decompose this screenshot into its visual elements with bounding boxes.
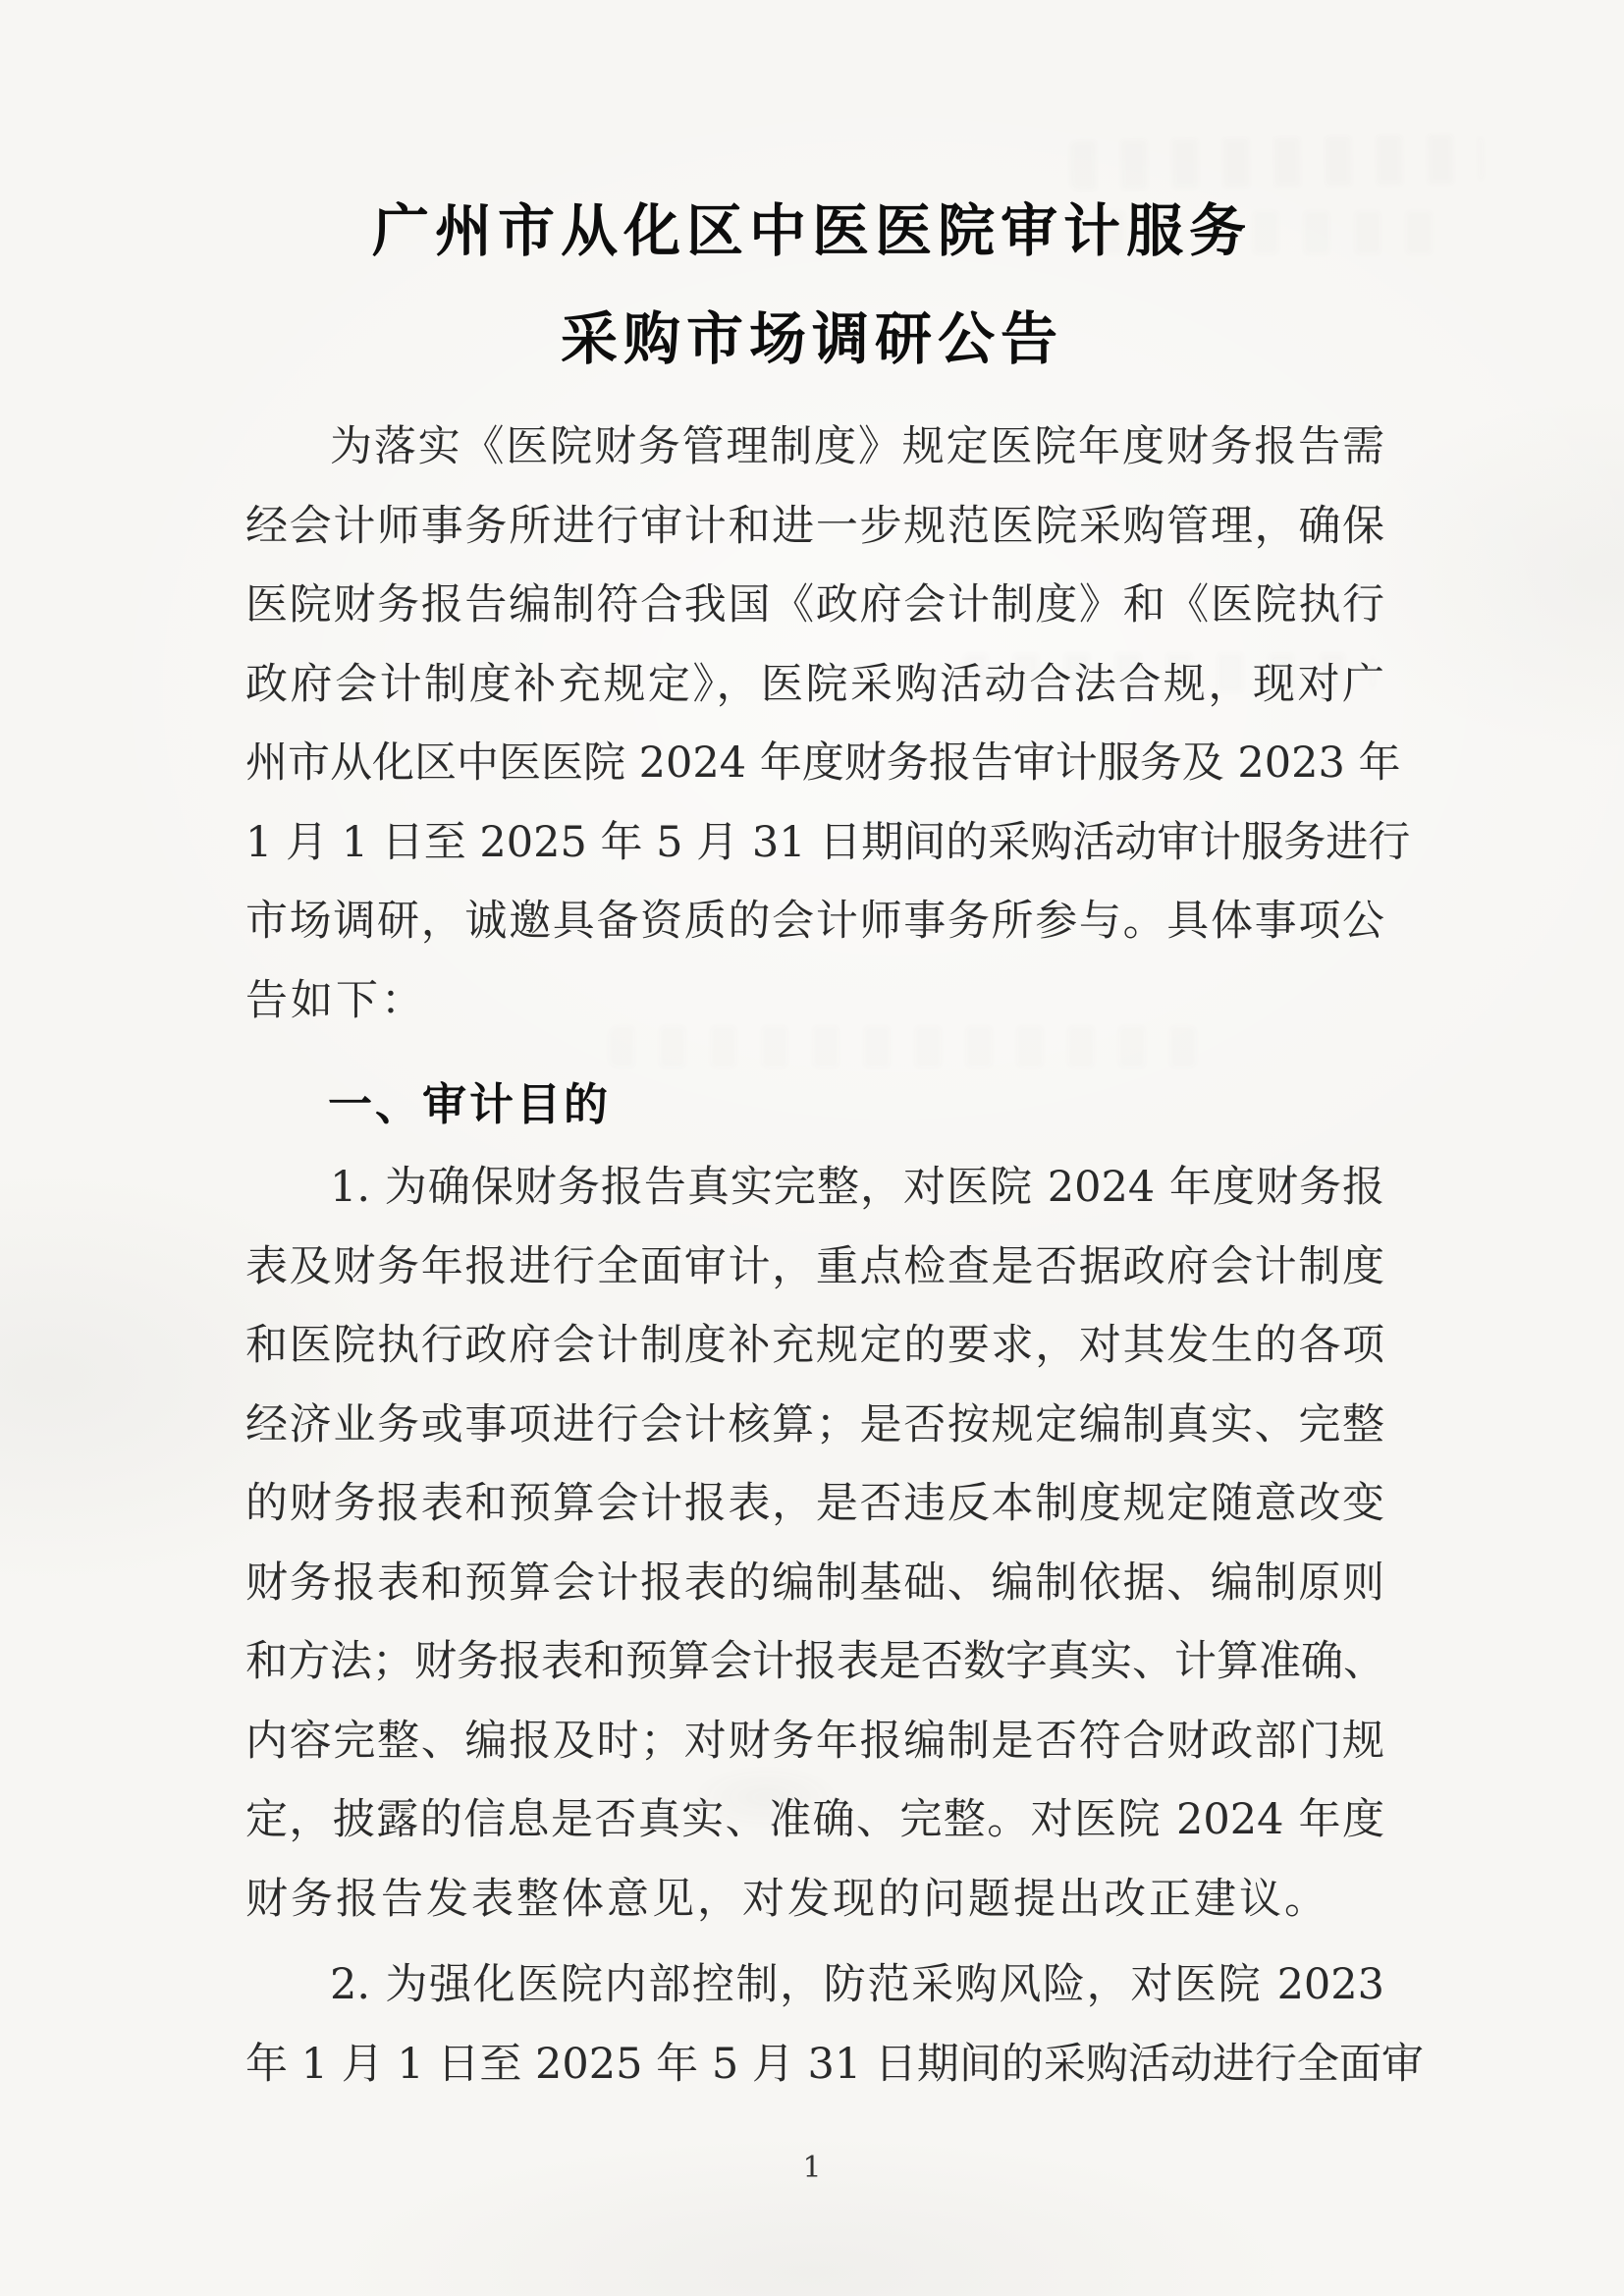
text-line: 和医院执行政府会计制度补充规定的要求，对其发生的各项 <box>245 1306 1384 1386</box>
text-line: 的财务报表和预算会计报表，是否违反本制度规定随意改变 <box>245 1464 1384 1544</box>
audit-purpose-paragraph-2: 2. 为强化医院内部控制，防范采购风险，对医院 2023 年 1 月 1 日至 … <box>245 1945 1384 2104</box>
text-line: 市场调研，诚邀具备资质的会计师事务所参与。具体事项公 <box>245 882 1384 961</box>
document-title-line-1: 广州市从化区中医医院审计服务 <box>0 177 1624 285</box>
document-title-line-2: 采购市场调研公告 <box>0 285 1624 393</box>
text-line: 1. 为确保财务报告真实完整，对医院 2024 年度财务报 <box>245 1148 1384 1228</box>
text-line: 内容完整、编报及时；对财务年报编制是否符合财政部门规 <box>245 1702 1384 1781</box>
text-line: 政府会计制度补充规定》，医院采购活动合法合规，现对广 <box>245 645 1384 725</box>
text-line: 告如下： <box>245 961 1384 1041</box>
text-line: 为落实《医院财务管理制度》规定医院年度财务报告需 <box>245 408 1384 487</box>
section-heading-audit-purpose: 一、审计目的 <box>245 1066 1384 1144</box>
text-line: 医院财务报告编制符合我国《政府会计制度》和《医院执行 <box>245 566 1384 645</box>
text-line: 州市从化区中医医院 2024 年度财务报告审计服务及 2023 年 <box>245 724 1384 803</box>
text-line: 定，披露的信息是否真实、准确、完整。对医院 2024 年度 <box>245 1780 1384 1860</box>
text-line: 1 月 1 日至 2025 年 5 月 31 日期间的采购活动审计服务进行 <box>245 803 1384 883</box>
text-line: 经济业务或事项进行会计核算；是否按规定编制真实、完整 <box>245 1386 1384 1465</box>
audit-purpose-paragraph-1: 1. 为确保财务报告真实完整，对医院 2024 年度财务报 表及财务年报进行全面… <box>245 1148 1384 1939</box>
text-line: 表及财务年报进行全面审计，重点检查是否据政府会计制度 <box>245 1228 1384 1307</box>
text-line: 年 1 月 1 日至 2025 年 5 月 31 日期间的采购活动进行全面审 <box>245 2025 1384 2105</box>
text-line: 财务报表和预算会计报表的编制基础、编制依据、编制原则 <box>245 1544 1384 1623</box>
page-number: 1 <box>0 2147 1624 2190</box>
scanned-document-page: 广州市从化区中医医院审计服务 采购市场调研公告 为落实《医院财务管理制度》规定医… <box>0 0 1624 2296</box>
text-line: 和方法；财务报表和预算会计报表是否数字真实、计算准确、 <box>245 1622 1384 1702</box>
document-title: 广州市从化区中医医院审计服务 采购市场调研公告 <box>0 177 1624 393</box>
intro-paragraph: 为落实《医院财务管理制度》规定医院年度财务报告需 经会计师事务所进行审计和进一步… <box>245 408 1384 1040</box>
text-line: 财务报告发表整体意见，对发现的问题提出改正建议。 <box>245 1860 1384 1940</box>
text-line: 经会计师事务所进行审计和进一步规范医院采购管理，确保 <box>245 487 1384 567</box>
text-line: 2. 为强化医院内部控制，防范采购风险，对医院 2023 <box>245 1945 1384 2025</box>
